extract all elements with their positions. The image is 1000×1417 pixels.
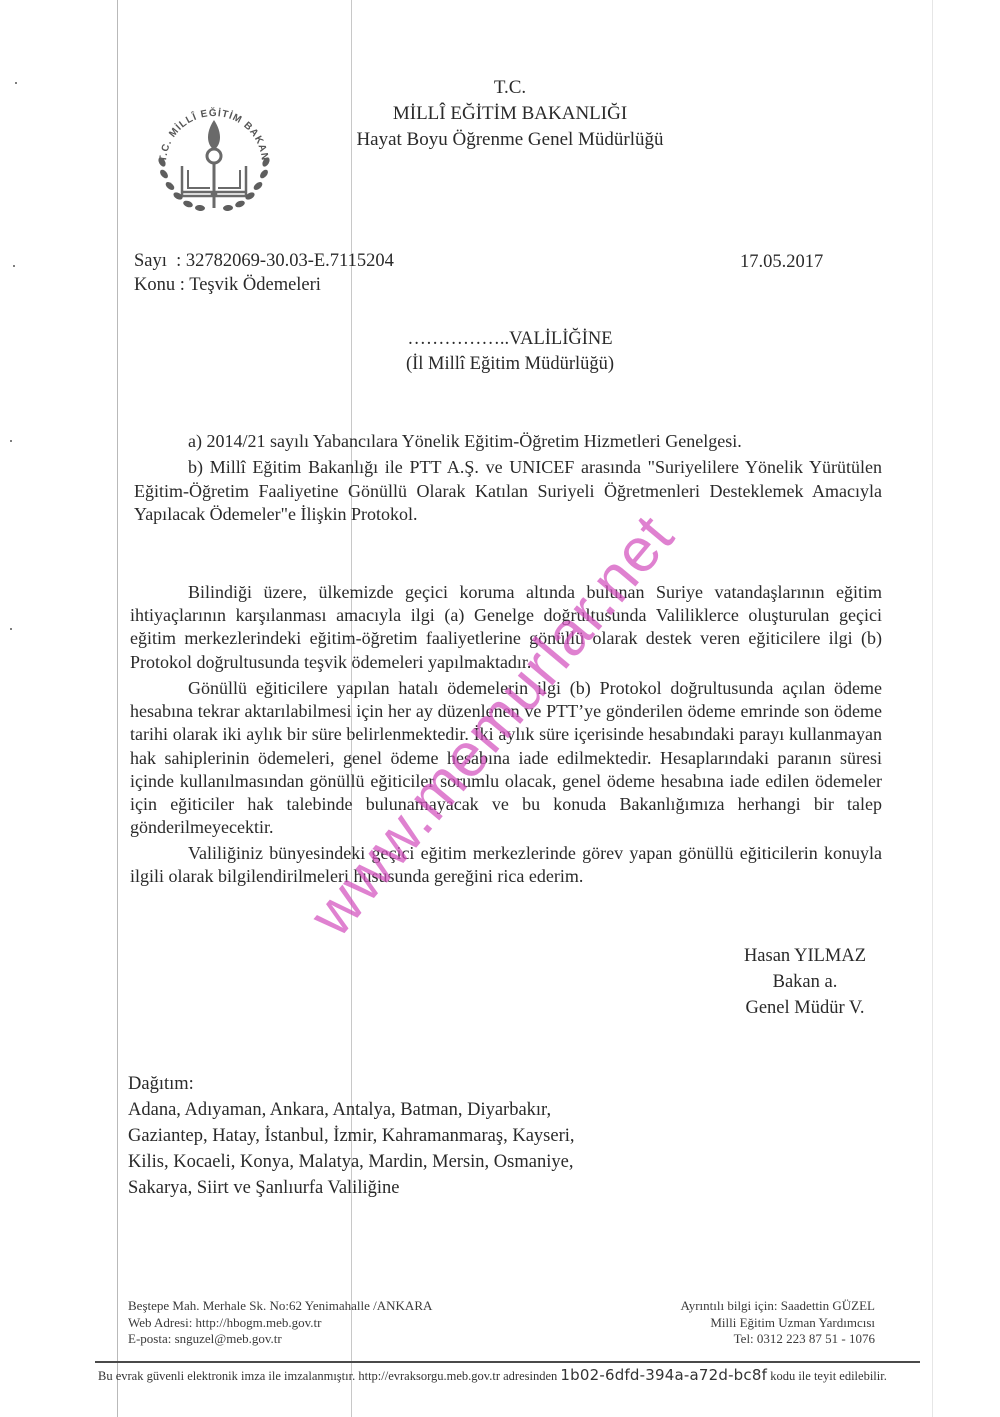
footer-address-block: Beştepe Mah. Merhale Sk. No:62 Yenimahal…	[128, 1298, 432, 1348]
distribution-line: Adana, Adıyaman, Ankara, Antalya, Batman…	[128, 1097, 575, 1123]
scan-speck	[15, 82, 17, 84]
signatory-name: Hasan YILMAZ	[720, 943, 890, 969]
scan-edge-line	[117, 0, 118, 1417]
body-paragraph: Gönüllü eğiticilere yapılan hatalı ödeme…	[130, 677, 882, 839]
header-tc: T.C.	[345, 76, 675, 100]
scan-faint-line	[932, 0, 933, 1417]
distribution-line: Sakarya, Siirt ve Şanlıurfa Valiliğine	[128, 1175, 575, 1201]
scan-speck	[13, 265, 15, 267]
body-paragraph: Bilindiği üzere, ülkemizde geçici koruma…	[130, 581, 882, 674]
footer-contact-title: Milli Eğitim Uzman Yardımcısı	[630, 1315, 875, 1332]
sayi-label: Sayı	[134, 251, 167, 271]
header-ministry: MİLLÎ EĞİTİM BAKANLIĞI	[345, 102, 675, 126]
footer-web-link[interactable]: Web Adresi: http://hbogm.meb.gov.tr	[128, 1315, 432, 1332]
footer-email-link[interactable]: E-posta: snguzel@meb.gov.tr	[128, 1331, 432, 1348]
esignature-suffix: kodu ile teyit edilebilir.	[770, 1369, 887, 1383]
konu-label: Konu	[134, 275, 175, 295]
konu-value: Teşvik Ödemeleri	[189, 275, 321, 295]
document-date: 17.05.2017	[740, 252, 823, 273]
sayi-value: 32782069-30.03-E.7115204	[186, 251, 394, 271]
footer-contact-phone: Tel: 0312 223 87 51 - 1076	[630, 1331, 875, 1348]
esignature-note: Bu evrak güvenli elektronik imza ile imz…	[98, 1366, 887, 1384]
meb-emblem-icon: T.C. MİLLÎ EĞİTİM BAKANLIĞI	[148, 92, 280, 222]
header-directorate: Hayat Boyu Öğrenme Genel Müdürlüğü	[345, 128, 675, 152]
body-paragraph: Valiliğiniz bünyesindeki geçici eğitim m…	[130, 842, 882, 888]
addressee: ……………..VALİLİĞİNE	[300, 327, 720, 351]
footer-address: Beştepe Mah. Merhale Sk. No:62 Yenimahal…	[128, 1298, 432, 1315]
footer-contact-block: Ayrıntılı bilgi için: Saadettin GÜZEL Mi…	[630, 1298, 875, 1348]
esignature-prefix: Bu evrak güvenli elektronik imza ile imz…	[98, 1369, 557, 1383]
document-subject: Konu : Teşvik Ödemeleri	[134, 274, 321, 296]
signatory-title: Bakan a.	[720, 969, 890, 995]
verification-code: 1b02-6dfd-394a-a72d-bc8f	[560, 1366, 767, 1384]
footer-contact-name: Ayrıntılı bilgi için: Saadettin GÜZEL	[630, 1298, 875, 1315]
reference-b: b) Millî Eğitim Bakanlığı ile PTT A.Ş. v…	[134, 456, 882, 527]
scan-speck	[10, 440, 12, 442]
distribution-line: Gaziantep, Hatay, İstanbul, İzmir, Kahra…	[128, 1123, 575, 1149]
distribution-line: Kilis, Kocaeli, Konya, Malatya, Mardin, …	[128, 1149, 575, 1175]
signatory-role: Genel Müdür V.	[720, 995, 890, 1021]
addressee-sub: (İl Millî Eğitim Müdürlüğü)	[300, 352, 720, 376]
footer-divider	[95, 1361, 920, 1363]
document-number: Sayı : 32782069-30.03-E.7115204	[134, 250, 394, 272]
distribution-list: Adana, Adıyaman, Ankara, Antalya, Batman…	[128, 1097, 575, 1201]
reference-a: a) 2014/21 sayılı Yabancılara Yönelik Eğ…	[188, 430, 742, 454]
scan-speck	[10, 628, 12, 630]
distribution-title: Dağıtım:	[128, 1071, 194, 1097]
